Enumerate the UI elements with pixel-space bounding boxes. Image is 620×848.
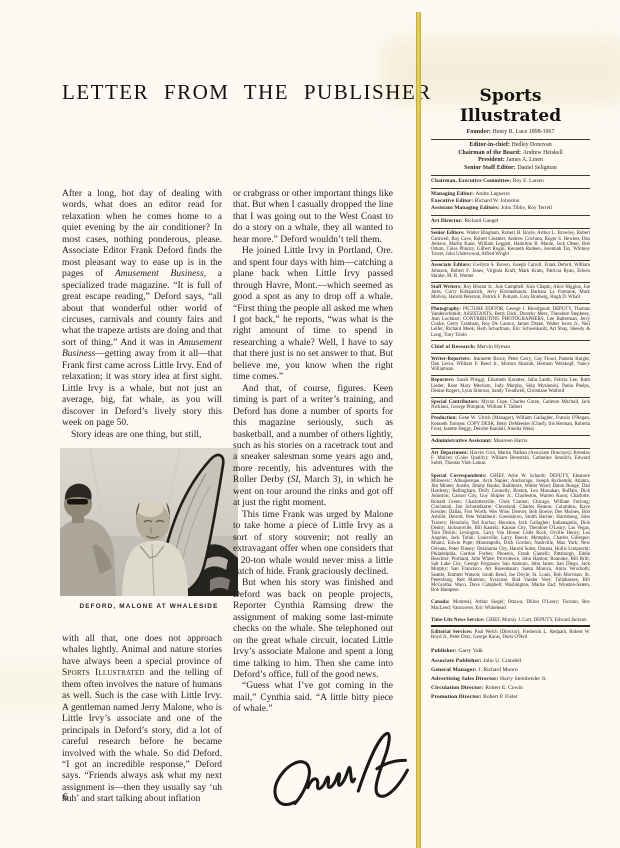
masthead-section: Photography: PICTURE EDITOR, George J. B…	[431, 307, 590, 338]
masthead-divider	[431, 175, 590, 176]
masthead-divider	[431, 596, 590, 598]
article-column-left: After a long, hot day of dealing with wo…	[62, 189, 222, 817]
masthead-entry: Chairman, Executive Committee: Roy E. La…	[431, 178, 590, 185]
article-columns: After a long, hot day of dealing with wo…	[62, 189, 392, 817]
masthead-divider	[431, 435, 590, 436]
masthead-entry: Staff Writers: Roy Blount Jr., Jule Camp…	[431, 285, 590, 301]
masthead-entry: Reporters: Sarah Pileggi, Elisabeth Krau…	[431, 378, 590, 394]
masthead-section: Chief of Research: Mervin Hyman	[431, 344, 590, 351]
masthead-divider	[431, 375, 590, 376]
article-paragraph: This time Frank was urged by Malone to t…	[233, 510, 393, 579]
masthead-divider	[431, 139, 590, 140]
masthead-entry: Founder: Henry R. Luce 1898-1967	[431, 129, 590, 136]
masthead-section: Special Correspondents: CHIEF, Arlie W. …	[431, 474, 590, 594]
masthead-title: Sports Illustrated	[431, 86, 590, 126]
publisher-signature	[261, 723, 396, 821]
masthead-entry: Advertising Sales Director: Harry Steinb…	[431, 675, 590, 684]
masthead-entry: Associate Editors: Gwilym S. Brown, Jose…	[431, 263, 590, 279]
masthead-section: Reporters: Sarah Pileggi, Elisabeth Krau…	[431, 378, 590, 394]
masthead-section: Production: Gene W. Ulrich (Manager), Wi…	[431, 416, 590, 432]
article-paragraph: He joined Little Irvy in Portland, Ore. …	[233, 246, 393, 383]
page-number: 6	[63, 792, 68, 803]
masthead-section: Writer-Reporters: Jeannette Bruce, Peter…	[431, 357, 590, 373]
masthead-entry: Special Contributors: Myron Cope, Charle…	[431, 400, 590, 410]
article-paragraph: After a long, hot day of dealing with wo…	[62, 189, 222, 430]
masthead-divider	[431, 448, 590, 449]
masthead-entry: Circulation Director: Robert E. Cowin	[431, 684, 590, 693]
masthead-divider	[431, 469, 590, 471]
masthead-entry: Promotion Director: Robert P. Fisler	[431, 693, 590, 702]
masthead-entry: Canada: Montreal, Arthur Siegel; Ottawa,…	[431, 600, 590, 610]
article-paragraph: “Guess what I’ve got coming in the mail,…	[233, 681, 393, 715]
right-text: or crabgrass or other important things l…	[233, 189, 393, 716]
masthead-divider	[431, 413, 590, 414]
masthead-entry: Administrative Assistant: Maureen Harris	[431, 438, 590, 445]
masthead: Sports Illustrated Founder: Henry R. Luc…	[431, 86, 590, 705]
masthead-entry: Associate Publisher: John U. Crandell	[431, 657, 590, 666]
left-bottom-text: with all that, one does not approach wha…	[62, 634, 222, 806]
masthead-entry: Editorial Services: Paul Welch (Director…	[431, 630, 590, 640]
masthead-entry: Editor-in-chief: Hedley Donovan	[431, 142, 590, 150]
article-paragraph: or crabgrass or other important things l…	[233, 189, 393, 246]
article-photo-figure: DEFORD, MALONE AT WHALESIDE	[60, 448, 238, 610]
masthead-section: Editorial Services: Paul Welch (Director…	[431, 630, 590, 640]
masthead-entry: President: James A. Linen	[431, 157, 590, 165]
article-paragraph: with all that, one does not approach wha…	[62, 634, 222, 806]
article-paragraph: But when his story was finished and Defo…	[233, 578, 393, 681]
divider-rule-vertical	[416, 12, 421, 848]
masthead-divider	[431, 188, 590, 189]
masthead-section: Associate Editors: Gwilym S. Brown, Jose…	[431, 263, 590, 279]
masthead-entry: Special Correspondents: CHIEF, Arlie W. …	[431, 474, 590, 594]
deford-malone-photo	[60, 448, 238, 596]
masthead-divider	[431, 353, 590, 354]
masthead-entry: Assistant Managing Editors: John Tibby, …	[431, 205, 590, 212]
masthead-section: Managing Editor: Andre LaguerreExecutive…	[431, 191, 590, 212]
masthead-divider	[431, 643, 590, 645]
masthead-entry: Time-Life News Service: CHIEF, Murray J.…	[431, 618, 590, 623]
masthead-entry: General Manager: J. Richard Munro	[431, 666, 590, 675]
masthead-entry: Photography: PICTURE EDITOR, George J. B…	[431, 307, 590, 338]
masthead-section: Chairman, Executive Committee: Roy E. La…	[431, 178, 590, 185]
masthead-entry: Senior Editors: Walter Bingham, Robert H…	[431, 231, 590, 257]
article-column-right: or crabgrass or other important things l…	[233, 189, 393, 817]
article-title: LETTER FROM THE PUBLISHER	[62, 80, 392, 105]
masthead-section: Editor-in-chief: Hedley DonovanChairman …	[431, 142, 590, 172]
masthead-entry: Publisher: Garry Valk	[431, 647, 590, 656]
masthead-entry: Senior Staff Editor: Daniel Seligman	[431, 165, 590, 173]
masthead-section: Special Contributors: Myron Cope, Charle…	[431, 400, 590, 410]
masthead-entry: Managing Editor: Andre Laguerre	[431, 191, 590, 198]
masthead-section: Administrative Assistant: Maureen Harris	[431, 438, 590, 445]
masthead-divider	[431, 260, 590, 261]
masthead-section: Publisher: Garry ValkAssociate Publisher…	[431, 647, 590, 702]
masthead-divider	[431, 613, 590, 615]
masthead-entry: Production: Gene W. Ulrich (Manager), Wi…	[431, 416, 590, 432]
masthead-entry: Executive Editor: Richard W. Johnston	[431, 198, 590, 205]
masthead-section: Art Director: Richard Gangel	[431, 218, 590, 225]
left-top-text: After a long, hot day of dealing with wo…	[62, 189, 222, 441]
masthead-divider	[431, 282, 590, 283]
masthead-sections: Founder: Henry R. Luce 1898-1967Editor-i…	[431, 129, 590, 703]
masthead-divider	[431, 303, 590, 304]
masthead-entry: Art Director: Richard Gangel	[431, 218, 590, 225]
article-paragraph: And that, of course, figures. Keen timin…	[233, 384, 393, 510]
masthead-section: Time-Life News Service: CHIEF, Murray J.…	[431, 618, 590, 623]
masthead-entry: Writer-Reporters: Jeannette Bruce, Peter…	[431, 357, 590, 373]
masthead-divider	[431, 228, 590, 229]
masthead-section: Staff Writers: Roy Blount Jr., Jule Camp…	[431, 285, 590, 301]
masthead-section: Canada: Montreal, Arthur Siegel; Ottawa,…	[431, 600, 590, 610]
masthead-section: Founder: Henry R. Luce 1898-1967	[431, 129, 590, 136]
article-paragraph: Story ideas are one thing, but still,	[62, 430, 222, 441]
masthead-entry: Chief of Research: Mervin Hyman	[431, 344, 590, 351]
masthead-entry: Art Department: Harvey Grut, Martin Nath…	[431, 451, 590, 467]
masthead-section: Art Department: Harvey Grut, Martin Nath…	[431, 451, 590, 467]
masthead-divider	[431, 215, 590, 216]
magazine-page: LETTER FROM THE PUBLISHER After a long, …	[0, 0, 620, 848]
masthead-divider	[431, 340, 590, 341]
masthead-divider	[431, 625, 590, 627]
masthead-divider	[431, 397, 590, 398]
photo-caption: DEFORD, MALONE AT WHALESIDE	[60, 603, 238, 610]
masthead-entry: Chairman of the Board: Andrew Heiskell	[431, 150, 590, 158]
signature-image	[261, 721, 417, 815]
publisher-letter-article: LETTER FROM THE PUBLISHER After a long, …	[62, 80, 392, 817]
masthead-section: Senior Editors: Walter Bingham, Robert H…	[431, 231, 590, 257]
